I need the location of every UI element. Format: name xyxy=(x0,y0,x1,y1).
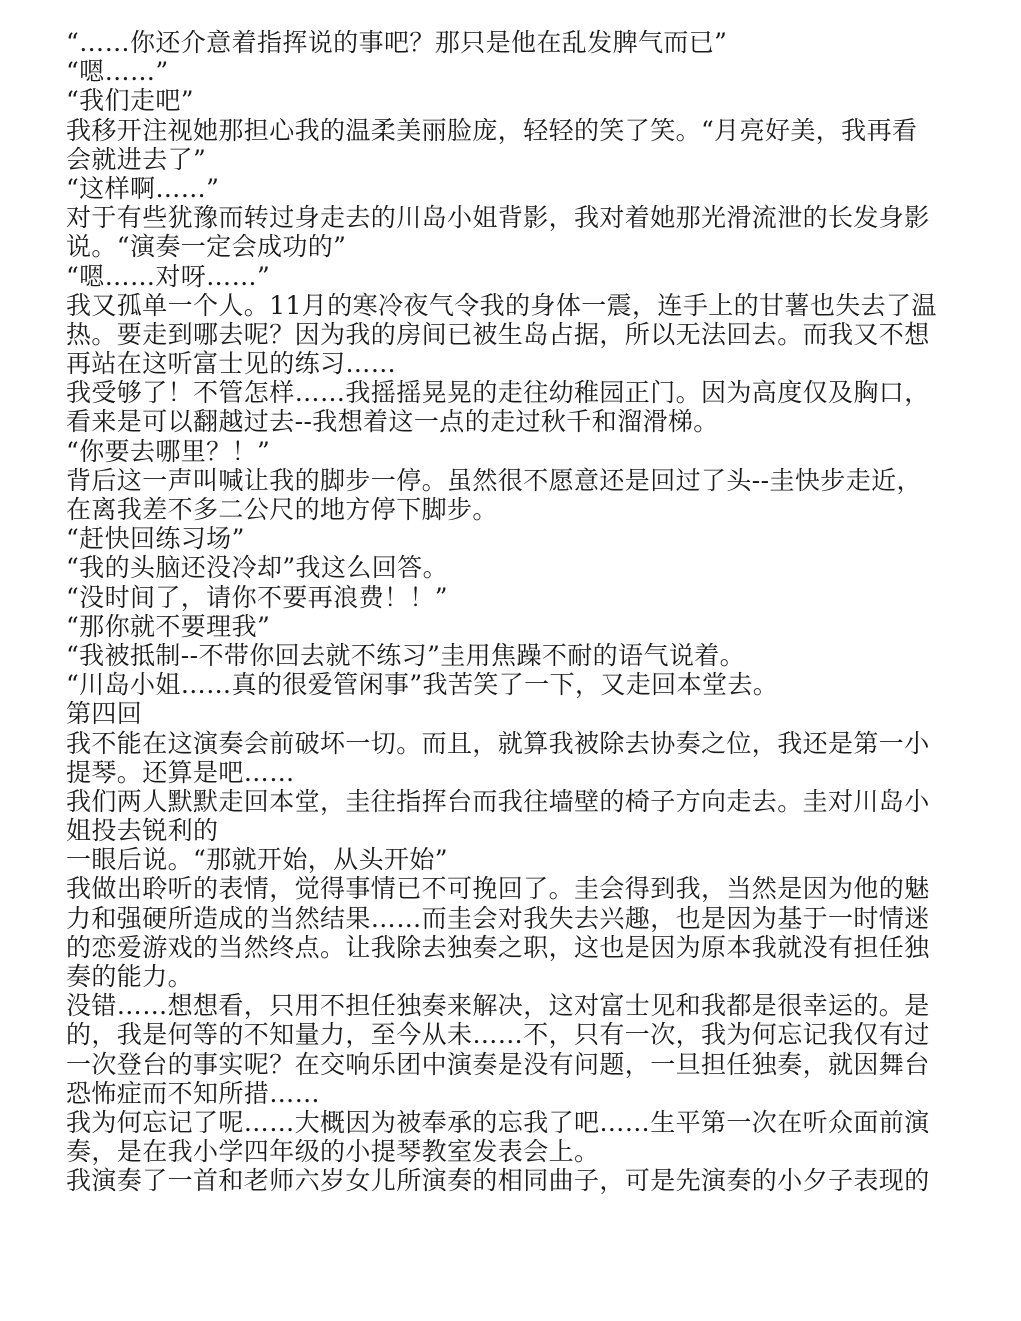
text-line: “赶快回练习场” xyxy=(66,524,956,553)
text-line: 背后这一声叫喊让我的脚步一停。虽然很不愿意还是回过了头--圭快步走近， xyxy=(66,466,956,495)
text-line: 我演奏了一首和老师六岁女儿所演奏的相同曲子，可是先演奏的小夕子表现的 xyxy=(66,1166,956,1195)
text-line: 我移开注视她那担心我的温柔美丽脸庞，轻轻的笑了笑。“月亮好美，我再看 xyxy=(66,116,956,145)
text-line: 一眼后说。“那就开始，从头开始” xyxy=(66,845,956,874)
text-line: “嗯……” xyxy=(66,57,956,86)
text-line: 再站在这听富士见的练习…… xyxy=(66,349,956,378)
text-line: 我们两人默默走回本堂，圭往指挥台而我往墙壁的椅子方向走去。圭对川岛小 xyxy=(66,787,956,816)
document-page: “……你还介意着指挥说的事吧？那只是他在乱发脾气而已” “嗯……” “我们走吧”… xyxy=(66,28,956,1196)
chapter-heading: 第四回 xyxy=(66,699,956,728)
text-line: “你要去哪里？！” xyxy=(66,437,956,466)
text-line: 提琴。还算是吧…… xyxy=(66,758,956,787)
text-line: 我受够了！不管怎样……我摇摇晃晃的走往幼稚园正门。因为高度仅及胸口， xyxy=(66,378,956,407)
text-line: “我的头脑还没冷却”我这么回答。 xyxy=(66,553,956,582)
text-line: 的，我是何等的不知量力，至今从未……不，只有一次，我为何忘记我仅有过 xyxy=(66,1020,956,1049)
text-line: 热。要走到哪去呢？因为我的房间已被生岛占据，所以无法回去。而我又不想 xyxy=(66,320,956,349)
text-line: “我被抵制--不带你回去就不练习”圭用焦躁不耐的语气说着。 xyxy=(66,641,956,670)
text-line: 我做出聆听的表情，觉得事情已不可挽回了。圭会得到我，当然是因为他的魅 xyxy=(66,874,956,903)
text-line: 的恋爱游戏的当然终点。让我除去独奏之职，这也是因为原本我就没有担任独 xyxy=(66,933,956,962)
text-line: 我为何忘记了呢……大概因为被奉承的忘我了吧……生平第一次在听众面前演 xyxy=(66,1108,956,1137)
text-line: 力和强硬所造成的当然结果……而圭会对我失去兴趣，也是因为基于一时情迷 xyxy=(66,904,956,933)
text-line: 说。“演奏一定会成功的” xyxy=(66,232,956,261)
text-line: “……你还介意着指挥说的事吧？那只是他在乱发脾气而已” xyxy=(66,28,956,57)
text-line: 没错……想想看，只用不担任独奏来解决，这对富士见和我都是很幸运的。是 xyxy=(66,991,956,1020)
text-line: “嗯……对呀……” xyxy=(66,262,956,291)
text-line: 我不能在这演奏会前破坏一切。而且，就算我被除去协奏之位，我还是第一小 xyxy=(66,729,956,758)
text-line: 恐怖症而不知所措…… xyxy=(66,1079,956,1108)
text-line: “没时间了，请你不要再浪费！！” xyxy=(66,583,956,612)
text-line: 姐投去锐利的 xyxy=(66,816,956,845)
text-line: 会就进去了” xyxy=(66,145,956,174)
text-line: 奏，是在我小学四年级的小提琴教室发表会上。 xyxy=(66,1137,956,1166)
text-line: “我们走吧” xyxy=(66,86,956,115)
text-line: “川岛小姐……真的很爱管闲事”我苦笑了一下，又走回本堂去。 xyxy=(66,670,956,699)
text-line: 我又孤单一个人。11月的寒冷夜气令我的身体一震，连手上的甘薯也失去了温 xyxy=(66,291,956,320)
text-line: 奏的能力。 xyxy=(66,962,956,991)
text-line: “这样啊……” xyxy=(66,174,956,203)
text-line: 对于有些犹豫而转过身走去的川岛小姐背影，我对着她那光滑流泄的长发身影 xyxy=(66,203,956,232)
text-line: 一次登台的事实呢？在交响乐团中演奏是没有问题，一旦担任独奏，就因舞台 xyxy=(66,1050,956,1079)
text-line: 在离我差不多二公尺的地方停下脚步。 xyxy=(66,495,956,524)
text-line: “那你就不要理我” xyxy=(66,612,956,641)
text-line: 看来是可以翻越过去--我想着这一点的走过秋千和溜滑梯。 xyxy=(66,407,956,436)
